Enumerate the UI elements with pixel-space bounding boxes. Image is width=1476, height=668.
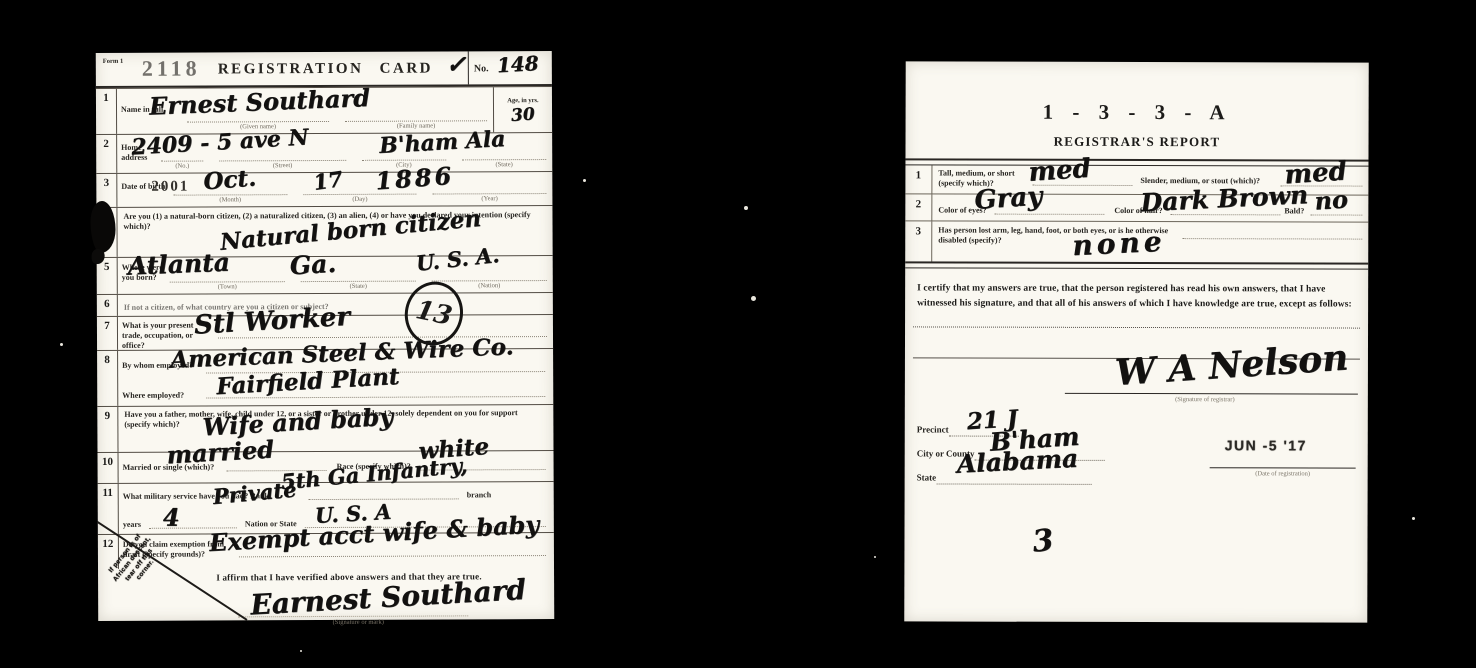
row-number: 9 (97, 407, 118, 452)
q2-sub-state: (State) (462, 159, 546, 171)
registrar-signature-caption: (Signature of registrar) (1115, 396, 1295, 403)
row-number: 1 (96, 89, 117, 134)
q5-answer-state: Ga. (289, 251, 337, 279)
row-number: 2 (96, 135, 117, 173)
q7-answer: Stl Worker (193, 304, 350, 339)
dust-speck (1412, 517, 1415, 520)
card-title: REGISTRATION CARD (218, 60, 433, 80)
signature-caption: (Signature or mark) (278, 619, 438, 627)
q11-years-label: years (123, 520, 141, 530)
question-row-5: 5 Where were you born? (Town) (State) (N… (97, 255, 553, 294)
date-caption: (Date of registration) (1210, 471, 1356, 478)
row-number: 10 (98, 453, 119, 483)
row-number: 2 (905, 194, 932, 220)
q3-day: 17 (312, 168, 344, 193)
circled-number-value: 13 (413, 295, 455, 332)
age-label: Age, in yrs. (507, 97, 538, 104)
location-block: Precinct 21 J City or County B'ham State… (904, 417, 1367, 538)
date-line (1210, 468, 1356, 469)
row-number: 7 (97, 317, 118, 350)
q3-sub-month: (Month) (173, 194, 287, 206)
tally-mark: 3 (1031, 526, 1055, 558)
dust-speck (874, 556, 876, 558)
registrar-signature-block: W A Nelson (Signature of registrar) (905, 359, 1368, 412)
signature-block: Earnest Southard (Signature or mark) (98, 581, 554, 629)
registrar-signature: W A Nelson (1114, 340, 1349, 392)
dust-speck (751, 296, 756, 301)
date-stamp: JUN -5 '17 (1225, 438, 1307, 454)
q3-number-stamp: 2001 (151, 179, 189, 196)
age-value: 30 (511, 106, 536, 125)
question-row-8: 8 By whom employed? Where employed? Amer… (97, 348, 553, 406)
no-label: No. (474, 63, 489, 74)
q3-sub-day: (Day) (303, 194, 417, 206)
exception-line-1 (913, 327, 1360, 329)
checkmark: ✓ (446, 52, 466, 76)
question-row-2: 2 Home address (No.) (Street) (City) (St… (96, 132, 552, 173)
precinct-label: Precinct (917, 425, 949, 436)
question-row-3: 3 Date of birth (Month) (Day) (Year) 200… (96, 171, 552, 207)
q5-sub-town: (Town) (170, 281, 285, 294)
report-row-2: 2 Color of eyes? Color of hair? Bald? Gr… (905, 194, 1368, 222)
dust-speck (583, 179, 586, 182)
row-number: 3 (905, 221, 932, 261)
q3-year: 1886 (375, 164, 455, 194)
q10-answer-married: married (166, 437, 275, 467)
q8-label-where: Where employed? (122, 391, 184, 401)
q3-sub-year: (Year) (433, 193, 547, 205)
q12-writing-line (239, 555, 546, 557)
r2-line-1 (994, 214, 1104, 215)
classification-code: 1 - 3 - 3 - A (906, 61, 1369, 125)
scan-background: Form 1 2118 REGISTRATION CARD ✓ No. 148 … (0, 0, 1476, 668)
serial-number-box: No. 148 (468, 51, 552, 84)
row-number: 11 (98, 484, 119, 534)
dust-speck (300, 650, 302, 652)
q9-answer: Wife and baby (202, 405, 394, 440)
dust-speck (60, 343, 63, 346)
row-number: 1 (905, 165, 932, 193)
form-number-label: Form 1 (103, 58, 123, 66)
q3-month: Oct. (203, 166, 257, 193)
q11-branch-label: branch (467, 490, 491, 500)
serial-stamp: 2118 (142, 56, 201, 82)
registration-card-header: Form 1 2118 REGISTRATION CARD ✓ No. 148 (96, 51, 552, 88)
registrar-signature-line (1065, 393, 1358, 395)
row-number: 6 (97, 295, 118, 316)
r2-answer-bald: no (1314, 187, 1349, 213)
dust-speck (744, 206, 748, 210)
no-value: 148 (496, 53, 539, 75)
registrant-signature: Earnest Southard (250, 576, 527, 620)
r3-answer: none (1072, 228, 1166, 261)
r2-answer-eyes: Gray (974, 183, 1043, 213)
report-row-3: 3 Has person lost arm, leg, hand, foot, … (905, 221, 1368, 262)
registration-card: Form 1 2118 REGISTRATION CARD ✓ No. 148 … (96, 51, 554, 621)
r2-answer-hair: Dark Brown (1140, 182, 1309, 215)
row-number: 8 (97, 351, 118, 406)
q2-answer-city: B'ham Ala (379, 128, 506, 157)
q11-years: 4 (163, 506, 180, 530)
certification-text: I certify that my answers are true, that… (905, 268, 1368, 312)
q5-answer-town: Atlanta (127, 250, 230, 279)
state-value: Alabama (956, 446, 1079, 477)
r3-line (1182, 238, 1362, 239)
q1-answer: Ernest Southard (149, 86, 371, 119)
state-label: State (917, 473, 937, 484)
q2-sub-no: (No.) (161, 161, 203, 173)
q11-rank: Private (212, 479, 297, 508)
report-title: REGISTRAR'S REPORT (906, 133, 1369, 150)
registrars-report-card: 1 - 3 - 3 - A REGISTRAR'S REPORT 1 Tall,… (904, 61, 1368, 622)
q5-sub-state: (State) (301, 281, 416, 294)
